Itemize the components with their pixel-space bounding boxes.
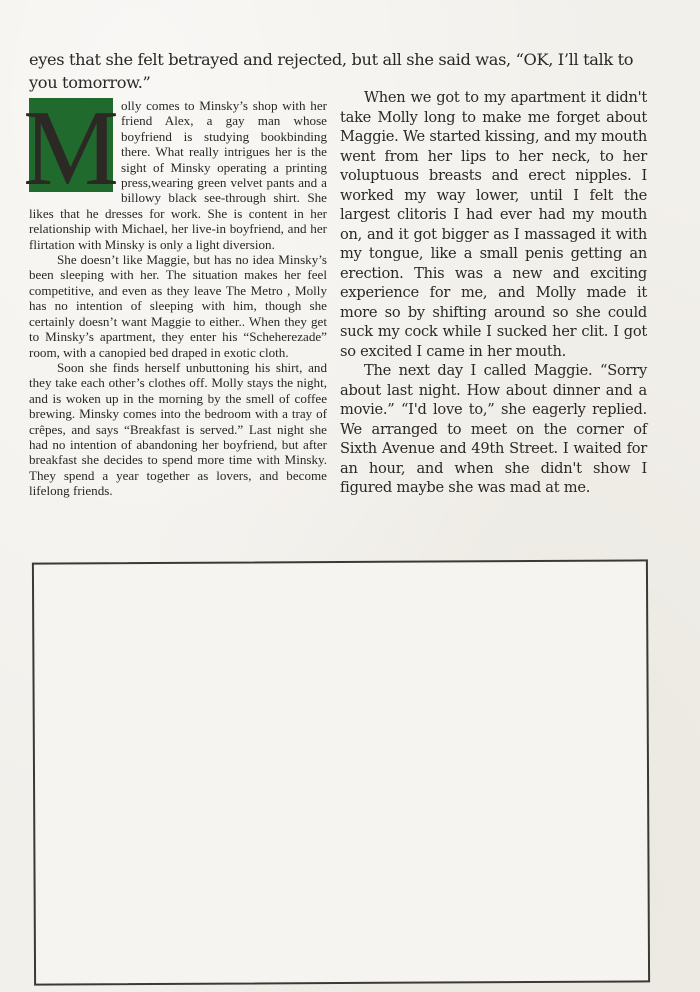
sidebar-paragraph: She doesn’t like Maggie, but has no idea… bbox=[29, 252, 327, 360]
drop-cap: M bbox=[29, 98, 113, 192]
sidebar-column: M olly comes to Minsky’s shop with her f… bbox=[29, 98, 327, 499]
main-paragraph: The next day I called Maggie. “Sorry abo… bbox=[340, 361, 647, 498]
main-column: When we got to my apartment it didn't ta… bbox=[340, 88, 647, 498]
main-paragraph: When we got to my apartment it didn't ta… bbox=[340, 88, 647, 361]
drop-cap-letter: M bbox=[23, 95, 119, 203]
sidebar-paragraph: Soon she finds herself unbuttoning his s… bbox=[29, 360, 327, 499]
empty-image-frame bbox=[32, 559, 650, 985]
